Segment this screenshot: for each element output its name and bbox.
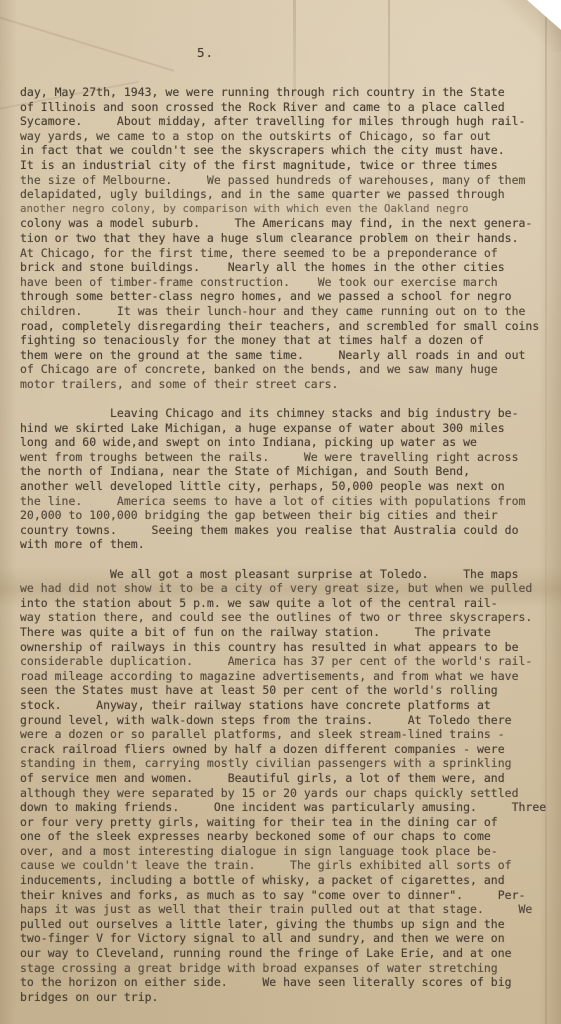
- paragraph: We all got a most pleasant surprise at T…: [20, 567, 550, 1005]
- text-line: one of the sleek expresses nearby beckon…: [20, 829, 550, 844]
- text-line: our way to Cleveland, running round the …: [20, 946, 550, 961]
- text-line: the north of Indiana, near the State of …: [20, 464, 550, 479]
- text-line: road mileage according to magazine adver…: [20, 669, 550, 684]
- page-number: 5.: [197, 45, 214, 60]
- text-line: through some better-class negro homes, a…: [20, 289, 550, 304]
- text-line: another negro colony, by comparison with…: [20, 202, 550, 217]
- text-line: two-finger V for Victory signal to all a…: [20, 931, 550, 946]
- paper-crumple-top-left-1: [0, 14, 174, 71]
- text-line: haps it was just as well that their trai…: [20, 902, 550, 917]
- text-line: crack railroad fliers owned by half a do…: [20, 742, 550, 757]
- text-line: inducements, including a bottle of whisk…: [20, 873, 550, 888]
- text-line: We all got a most pleasant surprise at T…: [20, 567, 550, 582]
- text-line: of Chicago are of concrete, banked on th…: [20, 362, 550, 377]
- text-line: delapidated, ugly buildings, and in the …: [20, 187, 550, 202]
- text-line: long and 60 wide,and swept on into India…: [20, 435, 550, 450]
- text-line: Leaving Chicago and its chimney stacks a…: [20, 406, 550, 421]
- text-line: to the horizon on either side. We have s…: [20, 975, 550, 990]
- paragraph: Leaving Chicago and its chimney stacks a…: [20, 406, 550, 552]
- text-line: country towns. Seeing them makes you rea…: [20, 523, 550, 538]
- text-line: seen the States must have at least 50 pe…: [20, 683, 550, 698]
- text-line: of service men and women. Beautiful girl…: [20, 771, 550, 786]
- text-line: stage crossing a great bridge with broad…: [20, 961, 550, 976]
- text-line: with more of them.: [20, 537, 550, 552]
- text-line: over, and a most interesting dialogue in…: [20, 844, 550, 859]
- text-line: stock. Anyway, their railway stations ha…: [20, 698, 550, 713]
- text-line: Sycamore. About midday, after travelling…: [20, 114, 550, 129]
- text-line: It is an industrial city of the first ma…: [20, 158, 550, 173]
- text-line: the size of Melbourne. We passed hundred…: [20, 173, 550, 188]
- text-body: day, May 27th, 1943, we were running thr…: [20, 85, 550, 1004]
- text-line: way station there, and could see the out…: [20, 610, 550, 625]
- text-line: motor trailers, and some of their street…: [20, 377, 550, 392]
- text-line: were a dozen or so parallel platforms, a…: [20, 727, 550, 742]
- text-line: pulled out ourselves a little later, giv…: [20, 917, 550, 932]
- paragraph: day, May 27th, 1943, we were running thr…: [20, 85, 550, 391]
- text-line: road, completely disregarding their teac…: [20, 319, 550, 334]
- text-line: into the station about 5 p.m. we saw qui…: [20, 596, 550, 611]
- text-line: way yards, we came to a stop on the outs…: [20, 129, 550, 144]
- text-line: colony was a model suburb. The Americans…: [20, 216, 550, 231]
- text-line: have been of timber-frame construction. …: [20, 275, 550, 290]
- text-line: cause we couldn't leave the train. The g…: [20, 858, 550, 873]
- text-line: considerable duplication. America has 37…: [20, 654, 550, 669]
- text-line: tion or two that they have a huge slum c…: [20, 231, 550, 246]
- text-line: hind we skirted Lake Michigan, a huge ex…: [20, 421, 550, 436]
- text-line: standing in them, carrying mostly civili…: [20, 756, 550, 771]
- text-line: brick and stone buildings. Nearly all th…: [20, 260, 550, 275]
- text-line: down to making friends. One incident was…: [20, 800, 550, 815]
- text-line: went from troughs between the rails. We …: [20, 450, 550, 465]
- text-line: day, May 27th, 1943, we were running thr…: [20, 85, 550, 100]
- text-line: their knives and forks, as much as to sa…: [20, 888, 550, 903]
- text-line: ownership of railways in this country ha…: [20, 640, 550, 655]
- text-line: the line. America seems to have a lot of…: [20, 494, 550, 509]
- text-line: them were on the ground at the same time…: [20, 348, 550, 363]
- text-line: At Chicago, for the first time, there se…: [20, 246, 550, 261]
- text-line: 20,000 to 100,000 bridging the gap betwe…: [20, 508, 550, 523]
- text-line: although they were separated by 15 or 20…: [20, 786, 550, 801]
- text-line: fighting so tenaciously for the money th…: [20, 333, 550, 348]
- text-line: children. It was their lunch-hour and th…: [20, 304, 550, 319]
- text-line: bridges on our trip.: [20, 990, 550, 1005]
- text-line: or four very pretty girls, waiting for t…: [20, 815, 550, 830]
- scanned-letter-page: 5. day, May 27th, 1943, we were running …: [0, 0, 561, 1024]
- text-line: another well developed little city, perh…: [20, 479, 550, 494]
- text-line: There was quite a bit of fun on the rail…: [20, 625, 550, 640]
- text-line: of Illinois and soon crossed the Rock Ri…: [20, 100, 550, 115]
- paper-corner-shade: [497, 0, 561, 52]
- text-line: we had did not show it to be a city of v…: [20, 581, 550, 596]
- text-line: in fact that we couldn't see the skyscra…: [20, 143, 550, 158]
- text-line: ground level, with walk-down steps from …: [20, 713, 550, 728]
